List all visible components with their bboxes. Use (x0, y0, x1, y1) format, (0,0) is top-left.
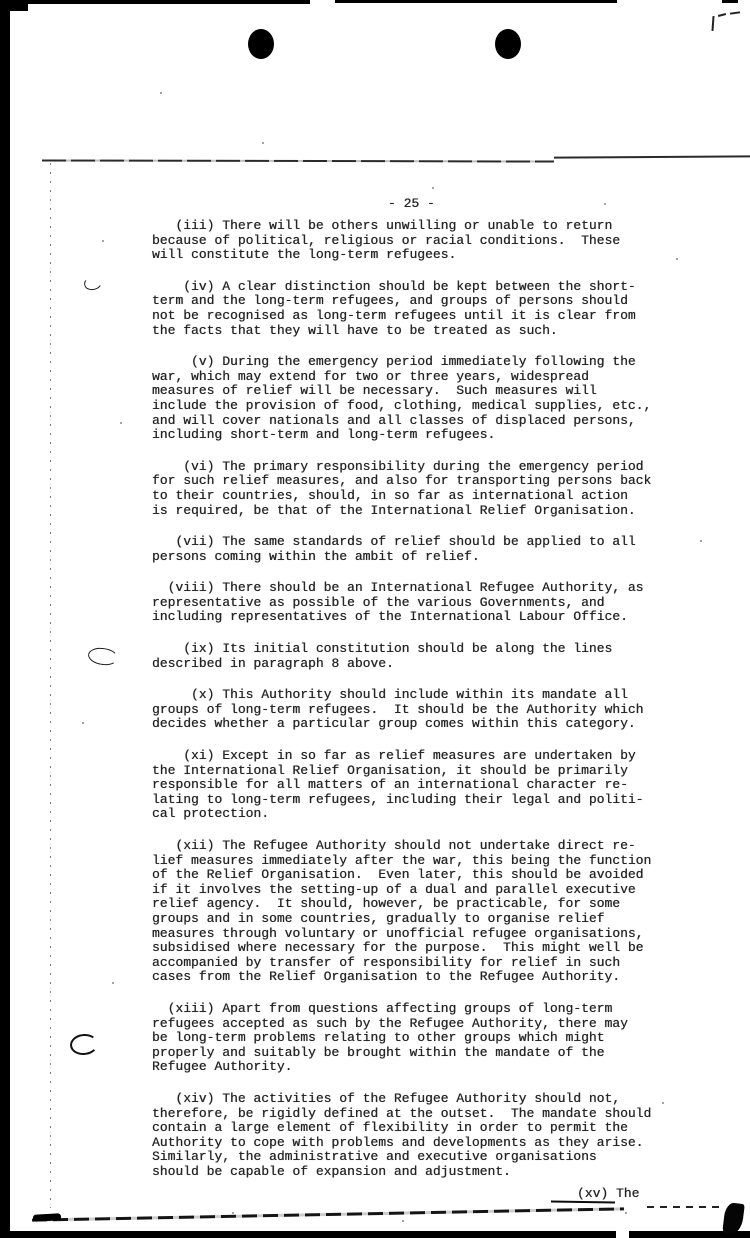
document-body: (iii) There will be others unwilling or … (152, 219, 664, 1196)
catchword-underline (551, 1201, 615, 1204)
noise-speck (625, 1212, 627, 1214)
noise-speck (402, 1220, 404, 1222)
paragraph-xiii: (xiii) Apart from questions affecting gr… (152, 1002, 664, 1075)
catchword-next-page: (xv) The (577, 1187, 639, 1202)
noise-speck (262, 142, 264, 144)
paragraph-xi: (xi) Except in so far as relief measures… (152, 749, 664, 822)
hole-punch-dot (495, 29, 521, 59)
noise-speck (232, 1212, 234, 1214)
paragraph-iii: (iii) There will be others unwilling or … (152, 219, 664, 263)
page-number: - 25 - (388, 197, 435, 212)
page-left-edge-line (50, 163, 51, 1208)
paragraph-x: (x) This Authority should include within… (152, 688, 664, 732)
margin-circle-mark (69, 1033, 99, 1056)
noise-speck (102, 240, 104, 242)
noise-speck (604, 203, 606, 205)
page-bottom-edge-dots (647, 1206, 725, 1208)
paragraph-viii: (viii) There should be an International … (152, 581, 664, 625)
noise-speck (120, 422, 122, 424)
paragraph-xii: (xii) The Refugee Authority should not u… (152, 839, 664, 985)
scan-mark-top-right (730, 11, 740, 14)
hole-punch-dot (248, 29, 274, 59)
paragraph-vi: (vi) The primary responsibility during t… (152, 460, 664, 518)
scan-edge-top-segment (722, 0, 738, 3)
scan-mark-top-right (718, 13, 726, 17)
paragraph-ix: (ix) Its initial constitution should be … (152, 642, 664, 671)
page-bottom-edge-blob (33, 1213, 61, 1221)
noise-speck (160, 92, 162, 94)
scan-edge-top-segment (335, 0, 617, 3)
scan-edge-top-segment (10, 0, 310, 4)
noise-speck (82, 722, 84, 724)
noise-speck (700, 540, 702, 542)
paragraph-v: (v) During the emergency period immediat… (152, 355, 664, 443)
noise-speck (676, 258, 678, 260)
paragraph-iv: (iv) A clear distinction should be kept … (152, 280, 664, 338)
scan-edge-left-bar (0, 0, 10, 1238)
page-top-edge-line (42, 159, 554, 162)
noise-speck (432, 187, 434, 189)
noise-speck (112, 982, 114, 984)
scan-edge-bottom-strip (0, 1231, 616, 1238)
margin-squiggle-mark (82, 274, 103, 292)
margin-curve-mark (87, 646, 119, 667)
page-top-edge-line (554, 155, 750, 158)
paragraph-xiv: (xiv) The activities of the Refugee Auth… (152, 1092, 664, 1180)
page-bottom-edge-line (32, 1207, 624, 1221)
scan-mark-top-right (711, 16, 714, 31)
paragraph-vii: (vii) The same standards of relief shoul… (152, 535, 664, 564)
